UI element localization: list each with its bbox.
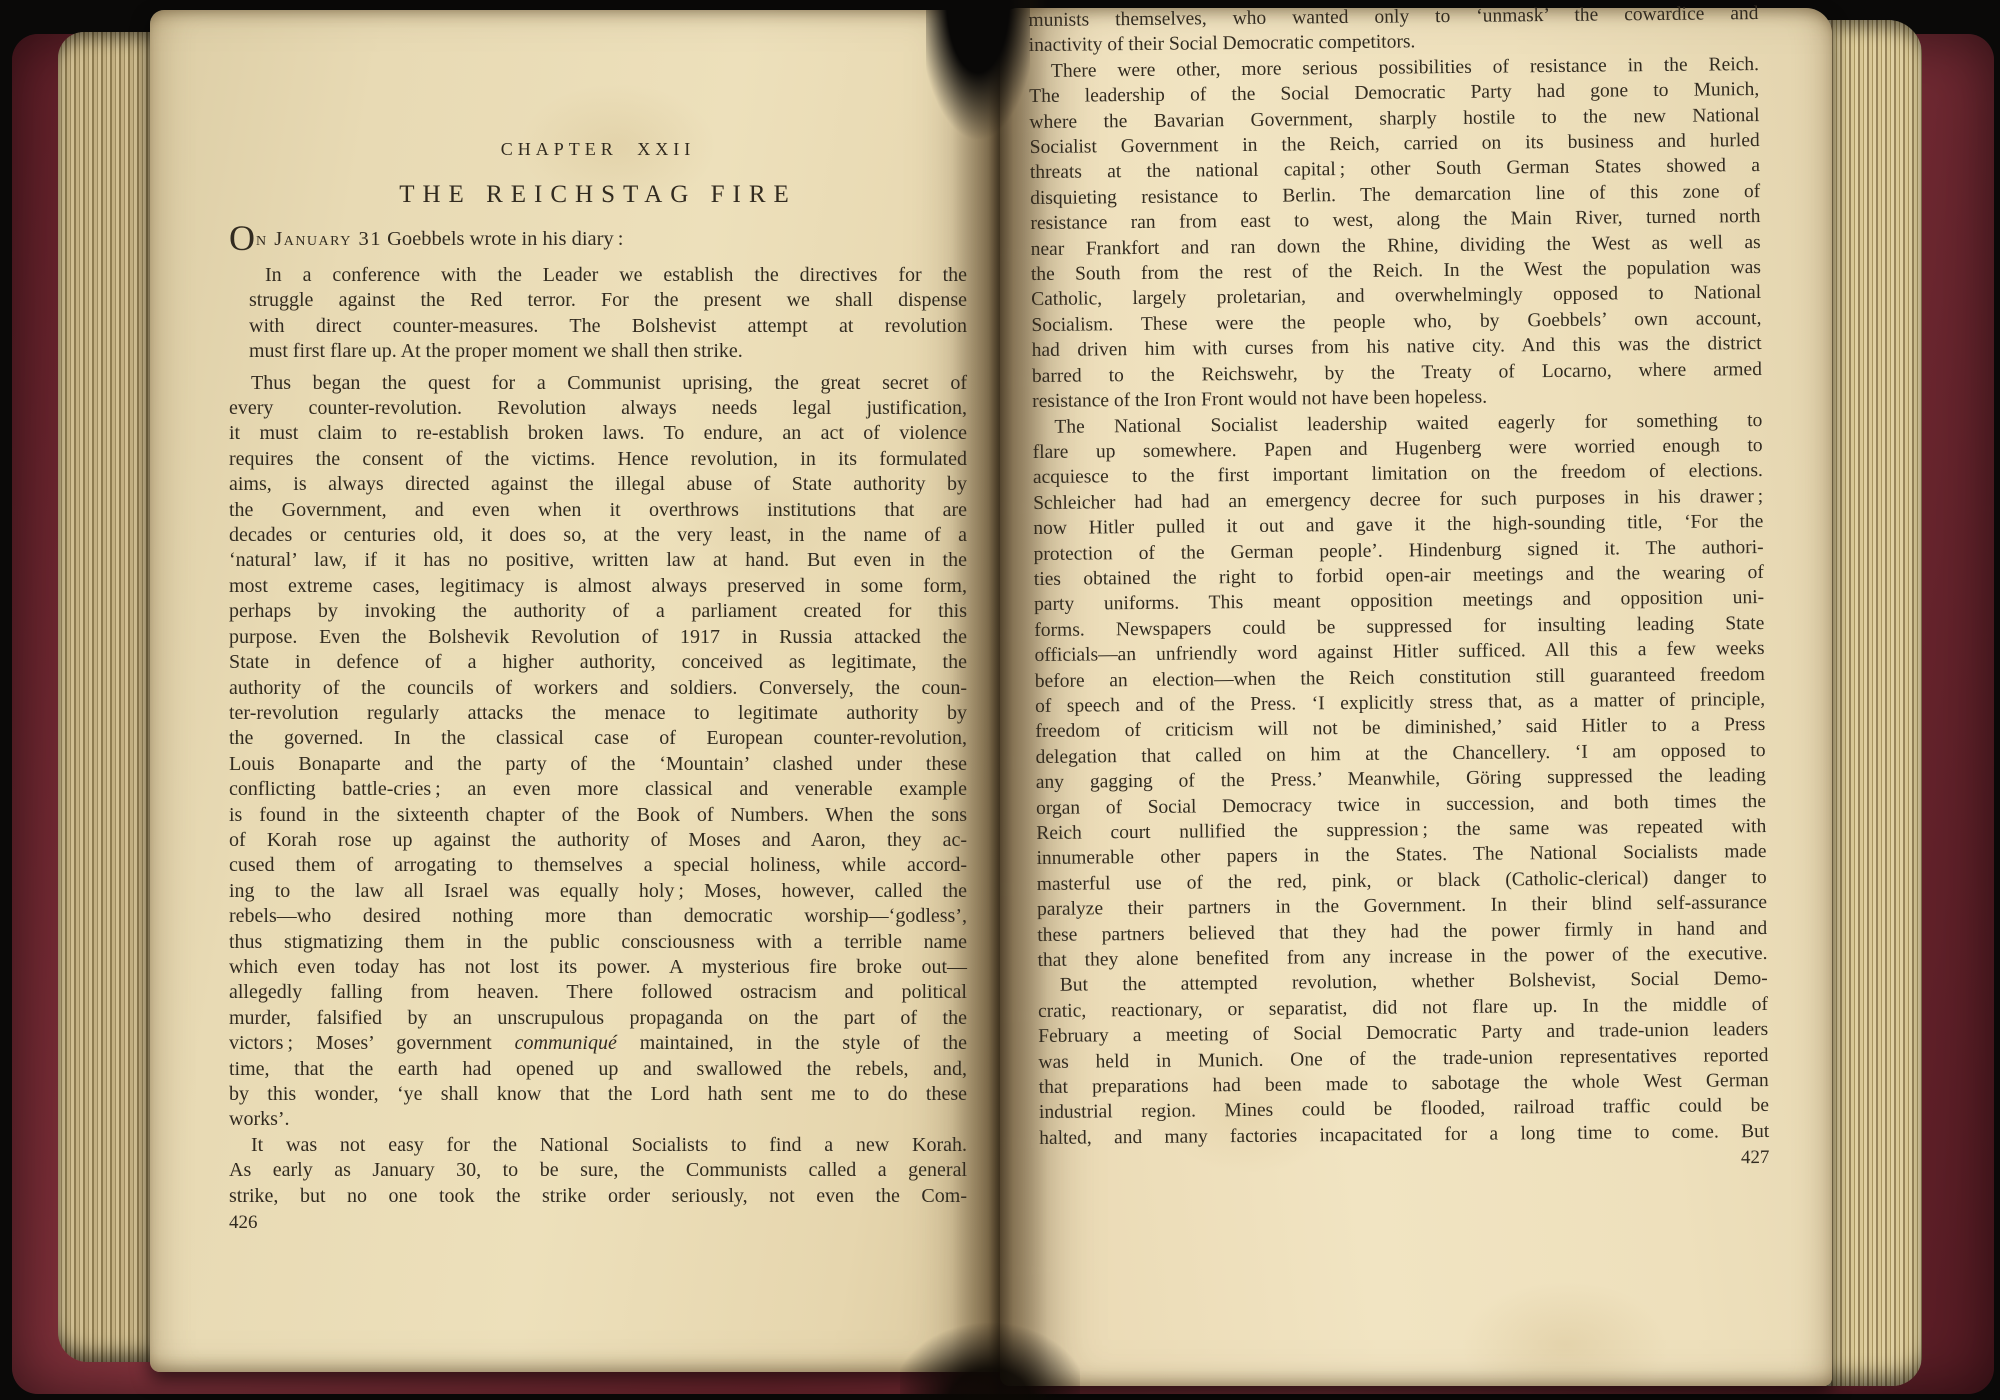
text-line: it must claim to re-establish broken law… <box>229 421 967 446</box>
right-page-edges <box>1824 20 1922 1386</box>
chapter-heading: CHAPTER XXII <box>229 138 967 160</box>
paragraph: It was not easy for the National Sociali… <box>229 1133 967 1209</box>
text-line: with direct counter-measures. The Bolshe… <box>249 314 967 339</box>
right-page-text: munists themselves, who wanted only to ‘… <box>1028 1 1769 1178</box>
text-line: works’. <box>229 1107 967 1132</box>
diary-quote: In a conference with the Leader we estab… <box>249 263 967 365</box>
left-page: CHAPTER XXII THE REICHSTAG FIRE On Janua… <box>150 10 1000 1372</box>
text-line: Louis Bonaparte and the party of the ‘Mo… <box>229 752 967 777</box>
paragraph: Thus began the quest for a Communist upr… <box>229 371 967 1133</box>
opening-line: On January 31 Goebbels wrote in his diar… <box>229 224 967 254</box>
text-line: requires the consent of the victims. Hen… <box>229 447 967 472</box>
text-line: every counter-revolution. Revolution alw… <box>229 396 967 421</box>
text-line: by this wonder, ‘ye shall know that the … <box>229 1082 967 1107</box>
text-line: strike, but no one took the strike order… <box>229 1184 967 1209</box>
text-line: ‘natural’ law, if it has no positive, wr… <box>229 548 967 573</box>
text-line: is found in the sixteenth chapter of the… <box>229 803 967 828</box>
text-line: aims, is always directed against the ill… <box>229 472 967 497</box>
text-line: Thus began the quest for a Communist upr… <box>229 371 967 396</box>
text-line: of Korah rose up against the authority o… <box>229 828 967 853</box>
text-line: the governed. In the classical case of E… <box>229 726 967 751</box>
left-page-paragraphs: Thus began the quest for a Communist upr… <box>229 371 967 1209</box>
text-line: most extreme cases, legitimacy is almost… <box>229 574 967 599</box>
drop-cap: O <box>229 218 255 258</box>
text-line: decades or centuries old, it does so, at… <box>229 523 967 548</box>
text-line: State in defence of a higher authority, … <box>229 650 967 675</box>
text-line: cused them of arrogating to themselves a… <box>229 853 967 878</box>
text-line: As early as January 30, to be sure, the … <box>229 1158 967 1183</box>
paragraph: The National Socialist leadership waited… <box>1032 408 1767 974</box>
text-line: which even today has not lost its power.… <box>229 955 967 980</box>
page-number-left: 426 <box>229 1210 967 1235</box>
opening-rest: Goebbels wrote in his diary : <box>382 228 624 250</box>
text-line: allegedly falling from heaven. There fol… <box>229 980 967 1005</box>
text-line: the Government, and even when it overthr… <box>229 498 967 523</box>
text-line: murder, falsified by an unscrupulous pro… <box>229 1006 967 1031</box>
text-line: perhaps by invoking the authority of a p… <box>229 599 967 624</box>
text-line: struggle against the Red terror. For the… <box>249 288 967 313</box>
paragraph: But the attempted revolution, whether Bo… <box>1038 966 1770 1151</box>
text-line: victors ; Moses’ government communiqué m… <box>229 1031 967 1056</box>
left-page-text: CHAPTER XXII THE REICHSTAG FIRE On Janua… <box>229 10 967 1235</box>
open-book-photo: CHAPTER XXII THE REICHSTAG FIRE On Janua… <box>0 0 2000 1400</box>
small-caps-date: n January 31 <box>256 228 382 250</box>
paragraph: munists themselves, who wanted only to ‘… <box>1028 1 1758 59</box>
text-line: thus stigmatizing them in the public con… <box>229 930 967 955</box>
text-line: ing to the law all Israel was equally ho… <box>229 879 967 904</box>
text-line: purpose. Even the Bolshevik Revolution o… <box>229 625 967 650</box>
left-page-edges <box>58 32 154 1362</box>
text-line: In a conference with the Leader we estab… <box>249 263 967 288</box>
text-line: must first flare up. At the proper momen… <box>249 339 967 364</box>
text-line: rebels—who desired nothing more than dem… <box>229 904 967 929</box>
text-line: conflicting battle-cries ; an even more … <box>229 777 967 802</box>
chapter-title: THE REICHSTAG FIRE <box>229 180 967 210</box>
paragraph: There were other, more serious possibili… <box>1029 52 1762 415</box>
right-page-paragraphs: munists themselves, who wanted only to ‘… <box>1028 1 1769 1151</box>
text-line: It was not easy for the National Sociali… <box>229 1133 967 1158</box>
text-line: time, that the earth had opened up and s… <box>229 1057 967 1082</box>
right-page: munists themselves, who wanted only to ‘… <box>1000 8 1832 1386</box>
text-line: authority of the councils of workers and… <box>229 676 967 701</box>
text-line: ter-revolution regularly attacks the men… <box>229 701 967 726</box>
